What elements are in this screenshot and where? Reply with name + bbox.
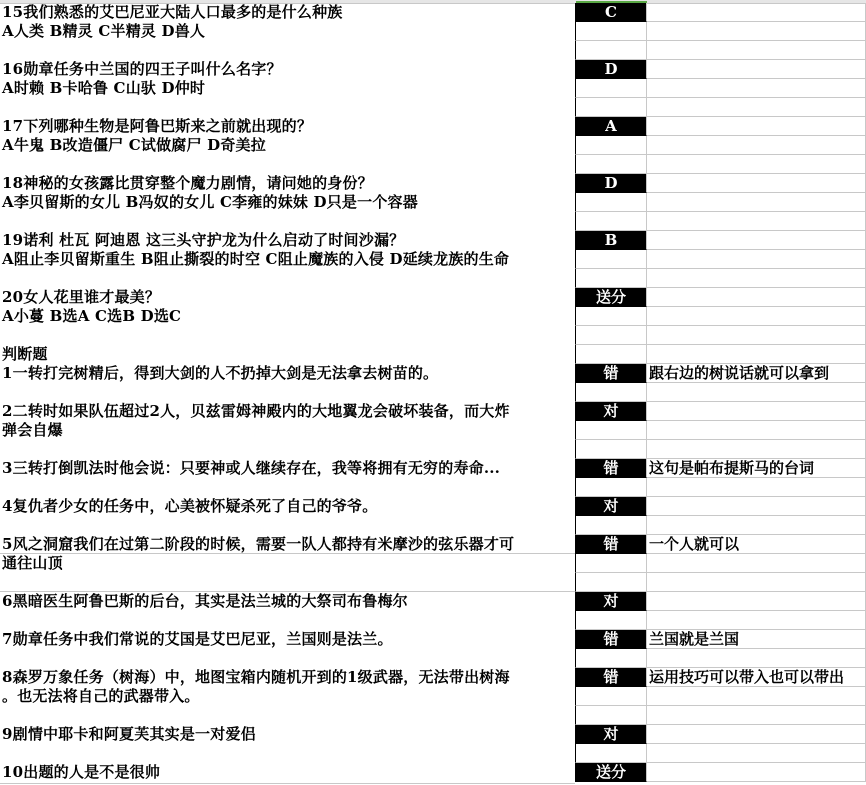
cell-question[interactable]: A阻止李贝留斯重生 B阻止撕裂的时空 C阻止魔族的入侵 D延续龙族的生命 bbox=[0, 250, 575, 269]
cell-question[interactable] bbox=[0, 744, 575, 763]
cell-note[interactable] bbox=[647, 592, 866, 611]
cell-note[interactable] bbox=[647, 573, 866, 592]
cell-answer[interactable] bbox=[575, 212, 647, 231]
table-row bbox=[0, 649, 866, 668]
cell-answer[interactable]: B bbox=[575, 231, 647, 250]
cell-question[interactable]: A小蔓 B选A C选B D选C bbox=[0, 307, 575, 326]
cell-question[interactable]: 2二转时如果队伍超过2人，贝兹雷姆神殿内的大地翼龙会破坏装备，而大炸 bbox=[0, 402, 575, 421]
table-row: 2二转时如果队伍超过2人，贝兹雷姆神殿内的大地翼龙会破坏装备，而大炸对 bbox=[0, 402, 866, 421]
cell-note[interactable] bbox=[647, 3, 866, 22]
cell-question[interactable]: 20女人花里谁才最美？ bbox=[0, 288, 575, 307]
cell-note[interactable]: 运用技巧可以带入也可以带出 bbox=[647, 668, 866, 687]
cell-note[interactable] bbox=[647, 763, 866, 782]
cell-answer[interactable]: 送分 bbox=[575, 288, 647, 307]
cell-answer[interactable]: D bbox=[575, 174, 647, 193]
cell-question[interactable] bbox=[0, 573, 575, 592]
cell-question[interactable] bbox=[0, 269, 575, 288]
cell-question[interactable]: 19诺利 杜瓦 阿迪恩 这三头守护龙为什么启动了时间沙漏？ bbox=[0, 231, 575, 250]
cell-answer[interactable]: D bbox=[575, 60, 647, 79]
cell-question[interactable]: 3三转打倒凯法时他会说：只要神或人继续存在，我等将拥有无穷的寿命... bbox=[0, 459, 575, 478]
cell-note[interactable]: 跟右边的树说话就可以拿到 bbox=[647, 364, 866, 383]
cell-answer[interactable] bbox=[575, 269, 647, 288]
cell-note[interactable] bbox=[647, 98, 866, 117]
cell-answer[interactable] bbox=[575, 79, 647, 98]
table-row: 1一转打完树精后，得到大剑的人不扔掉大剑是无法拿去树苗的。错跟右边的树说话就可以… bbox=[0, 364, 866, 383]
cell-question[interactable]: A牛鬼 B改造僵尸 C试做腐尸 D奇美拉 bbox=[0, 136, 575, 155]
cell-answer[interactable]: 错 bbox=[575, 535, 647, 554]
cell-question[interactable] bbox=[0, 649, 575, 668]
cell-question[interactable]: 18神秘的女孩露比贯穿整个魔力剧情，请问她的身份？ bbox=[0, 174, 575, 193]
table-row bbox=[0, 98, 866, 117]
table-row: A阻止李贝留斯重生 B阻止撕裂的时空 C阻止魔族的入侵 D延续龙族的生命 bbox=[0, 250, 866, 269]
cell-note[interactable] bbox=[647, 497, 866, 516]
table-row bbox=[0, 326, 866, 345]
cell-answer[interactable]: 对 bbox=[575, 725, 647, 744]
cell-question[interactable] bbox=[0, 98, 575, 117]
cell-note[interactable] bbox=[647, 554, 866, 573]
cell-note[interactable] bbox=[647, 136, 866, 155]
table-row bbox=[0, 744, 866, 763]
cell-answer[interactable] bbox=[575, 250, 647, 269]
cell-answer[interactable] bbox=[575, 744, 647, 763]
cell-question[interactable]: A人类 B精灵 C半精灵 D兽人 bbox=[0, 22, 575, 41]
cell-question[interactable] bbox=[0, 611, 575, 630]
table-row bbox=[0, 478, 866, 497]
cell-answer[interactable] bbox=[575, 326, 647, 345]
table-row: 19诺利 杜瓦 阿迪恩 这三头守护龙为什么启动了时间沙漏？B bbox=[0, 231, 866, 250]
cell-answer[interactable] bbox=[575, 440, 647, 459]
cell-note[interactable] bbox=[647, 307, 866, 326]
cell-question[interactable]: 7勋章任务中我们常说的艾国是艾巴尼亚，兰国则是法兰。 bbox=[0, 630, 575, 649]
cell-note[interactable] bbox=[647, 117, 866, 136]
cell-note[interactable] bbox=[647, 440, 866, 459]
cell-question[interactable] bbox=[0, 383, 575, 402]
cell-note[interactable] bbox=[647, 41, 866, 60]
cell-question[interactable]: 6黑暗医生阿鲁巴斯的后台，其实是法兰城的大祭司布鲁梅尔 bbox=[0, 592, 575, 611]
cell-note[interactable]: 这句是帕布提斯马的台词 bbox=[647, 459, 866, 478]
cell-question[interactable]: 4复仇者少女的任务中，心美被怀疑杀死了自己的爷爷。 bbox=[0, 497, 575, 516]
table-row bbox=[0, 383, 866, 402]
cell-note[interactable] bbox=[647, 155, 866, 174]
cell-answer[interactable] bbox=[575, 345, 647, 364]
cell-note[interactable] bbox=[647, 611, 866, 630]
cell-question[interactable] bbox=[0, 41, 575, 60]
cell-answer[interactable] bbox=[575, 193, 647, 212]
cell-note[interactable] bbox=[647, 706, 866, 725]
cell-answer[interactable] bbox=[575, 98, 647, 117]
cell-answer[interactable] bbox=[575, 421, 647, 440]
table-row: A人类 B精灵 C半精灵 D兽人 bbox=[0, 22, 866, 41]
table-row: 18神秘的女孩露比贯穿整个魔力剧情，请问她的身份？D bbox=[0, 174, 866, 193]
cell-answer[interactable] bbox=[575, 307, 647, 326]
cell-question[interactable]: 1一转打完树精后，得到大剑的人不扔掉大剑是无法拿去树苗的。 bbox=[0, 364, 575, 383]
table-row: A牛鬼 B改造僵尸 C试做腐尸 D奇美拉 bbox=[0, 136, 866, 155]
table-row: 7勋章任务中我们常说的艾国是艾巴尼亚，兰国则是法兰。错兰国就是兰国 bbox=[0, 630, 866, 649]
table-row: 17下列哪种生物是阿鲁巴斯来之前就出现的？A bbox=[0, 117, 866, 136]
cell-answer[interactable] bbox=[575, 136, 647, 155]
table-row: 20女人花里谁才最美？送分 bbox=[0, 288, 866, 307]
table-row bbox=[0, 611, 866, 630]
gridline bbox=[0, 783, 575, 784]
cell-question[interactable]: A李贝留斯的女儿 B冯奴的女儿 C李雍的妹妹 D只是一个容器 bbox=[0, 193, 575, 212]
cell-note[interactable] bbox=[647, 649, 866, 668]
cell-question[interactable] bbox=[0, 155, 575, 174]
cell-note[interactable] bbox=[647, 516, 866, 535]
cell-question[interactable]: 15我们熟悉的艾巴尼亚大陆人口最多的是什么种族 bbox=[0, 3, 575, 22]
cell-answer[interactable] bbox=[575, 706, 647, 725]
cell-question[interactable]: 17下列哪种生物是阿鲁巴斯来之前就出现的？ bbox=[0, 117, 575, 136]
cell-question[interactable] bbox=[0, 706, 575, 725]
cell-note[interactable] bbox=[647, 725, 866, 744]
table-row bbox=[0, 41, 866, 60]
table-row bbox=[0, 212, 866, 231]
cell-question[interactable]: 9剧情中耶卡和阿夏芙其实是一对爱侣 bbox=[0, 725, 575, 744]
cell-question[interactable] bbox=[0, 478, 575, 497]
cell-note[interactable] bbox=[647, 402, 866, 421]
cell-question[interactable] bbox=[0, 326, 575, 345]
cell-answer[interactable] bbox=[575, 611, 647, 630]
cell-answer[interactable] bbox=[575, 687, 647, 706]
cell-answer[interactable]: C bbox=[575, 3, 647, 22]
cell-note[interactable]: 兰国就是兰国 bbox=[647, 630, 866, 649]
table-row: A李贝留斯的女儿 B冯奴的女儿 C李雍的妹妹 D只是一个容器 bbox=[0, 193, 866, 212]
table-row: 判断题 bbox=[0, 345, 866, 364]
cell-question[interactable]: 。也无法将自己的武器带入。 bbox=[0, 687, 575, 706]
table-row bbox=[0, 516, 866, 535]
table-row: 16勋章任务中兰国的四王子叫什么名字？D bbox=[0, 60, 866, 79]
cell-question[interactable]: 8森罗万象任务（树海）中，地图宝箱内随机开到的1级武器，无法带出树海 bbox=[0, 668, 575, 687]
cell-question[interactable] bbox=[0, 440, 575, 459]
cell-answer[interactable]: 错 bbox=[575, 668, 647, 687]
cell-question[interactable]: 判断题 bbox=[0, 345, 575, 364]
cell-question[interactable] bbox=[0, 212, 575, 231]
table-row: 通往山顶 bbox=[0, 554, 866, 573]
cell-note[interactable] bbox=[647, 250, 866, 269]
cell-answer[interactable]: 对 bbox=[575, 402, 647, 421]
cell-answer[interactable]: A bbox=[575, 117, 647, 136]
table-row bbox=[0, 706, 866, 725]
cell-answer[interactable]: 错 bbox=[575, 459, 647, 478]
cell-note[interactable] bbox=[647, 744, 866, 763]
cell-question[interactable]: 16勋章任务中兰国的四王子叫什么名字？ bbox=[0, 60, 575, 79]
table-row: 6黑暗医生阿鲁巴斯的后台，其实是法兰城的大祭司布鲁梅尔对 bbox=[0, 592, 866, 611]
cell-answer[interactable]: 对 bbox=[575, 497, 647, 516]
cell-note[interactable] bbox=[647, 22, 866, 41]
table-row: 弹会自爆 bbox=[0, 421, 866, 440]
cell-answer[interactable]: 错 bbox=[575, 364, 647, 383]
table-row bbox=[0, 440, 866, 459]
cell-answer[interactable]: 错 bbox=[575, 630, 647, 649]
cell-answer[interactable] bbox=[575, 155, 647, 174]
cell-note[interactable] bbox=[647, 383, 866, 402]
cell-answer[interactable]: 送分 bbox=[575, 763, 647, 782]
cell-note[interactable] bbox=[647, 231, 866, 250]
cell-question[interactable]: 弹会自爆 bbox=[0, 421, 575, 440]
table-row bbox=[0, 155, 866, 174]
table-row: 9剧情中耶卡和阿夏芙其实是一对爱侣对 bbox=[0, 725, 866, 744]
cell-answer[interactable] bbox=[575, 554, 647, 573]
cell-question[interactable]: 通往山顶 bbox=[0, 554, 575, 573]
cell-question[interactable]: 5风之洞窟我们在过第二阶段的时候，需要一队人都持有米摩沙的弦乐器才可 bbox=[0, 535, 575, 554]
cell-note[interactable] bbox=[647, 288, 866, 307]
table-row: 。也无法将自己的武器带入。 bbox=[0, 687, 866, 706]
cell-answer[interactable] bbox=[575, 478, 647, 497]
table-row: A时赖 B卡哈鲁 C山驮 D仲时 bbox=[0, 79, 866, 98]
table-row: 4复仇者少女的任务中，心美被怀疑杀死了自己的爷爷。对 bbox=[0, 497, 866, 516]
cell-answer[interactable] bbox=[575, 573, 647, 592]
cell-question[interactable] bbox=[0, 516, 575, 535]
cell-answer[interactable] bbox=[575, 22, 647, 41]
cell-note[interactable] bbox=[647, 174, 866, 193]
cell-question[interactable]: A时赖 B卡哈鲁 C山驮 D仲时 bbox=[0, 79, 575, 98]
cell-answer[interactable]: 对 bbox=[575, 592, 647, 611]
cell-answer[interactable] bbox=[575, 41, 647, 60]
cell-note[interactable] bbox=[647, 60, 866, 79]
cell-answer[interactable] bbox=[575, 649, 647, 668]
cell-note[interactable] bbox=[647, 326, 866, 345]
cell-note[interactable]: 一个人就可以 bbox=[647, 535, 866, 554]
cell-note[interactable] bbox=[647, 478, 866, 497]
cell-question[interactable]: 10出题的人是不是很帅 bbox=[0, 763, 575, 782]
cell-note[interactable] bbox=[647, 79, 866, 98]
cell-answer[interactable] bbox=[575, 516, 647, 535]
table-row: A小蔓 B选A C选B D选C bbox=[0, 307, 866, 326]
cell-note[interactable] bbox=[647, 345, 866, 364]
cell-note[interactable] bbox=[647, 421, 866, 440]
table-row: 8森罗万象任务（树海）中，地图宝箱内随机开到的1级武器，无法带出树海错运用技巧可… bbox=[0, 668, 866, 687]
cell-note[interactable] bbox=[647, 193, 866, 212]
table-row: 5风之洞窟我们在过第二阶段的时候，需要一队人都持有米摩沙的弦乐器才可错一个人就可… bbox=[0, 535, 866, 554]
cell-answer[interactable] bbox=[575, 383, 647, 402]
table-row: 10出题的人是不是很帅送分 bbox=[0, 763, 866, 782]
cell-note[interactable] bbox=[647, 687, 866, 706]
cell-note[interactable] bbox=[647, 212, 866, 231]
table-row: 3三转打倒凯法时他会说：只要神或人继续存在，我等将拥有无穷的寿命...错这句是帕… bbox=[0, 459, 866, 478]
cell-note[interactable] bbox=[647, 269, 866, 288]
table-row: 15我们熟悉的艾巴尼亚大陆人口最多的是什么种族C bbox=[0, 3, 866, 22]
table-row bbox=[0, 573, 866, 592]
table-row bbox=[0, 269, 866, 288]
